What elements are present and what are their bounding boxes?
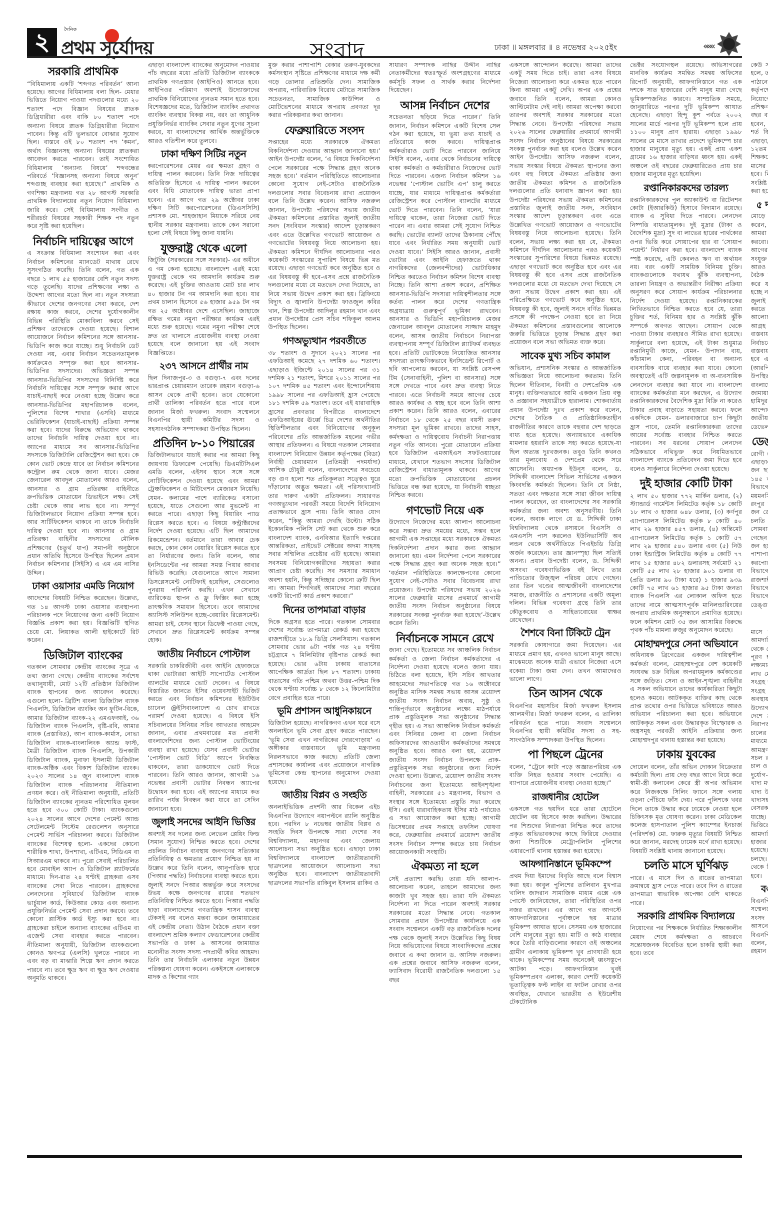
article-text: রপ্তানিকারকদের পুল অ্যাকাউন্ট বা রিটেনশন… bbox=[630, 197, 742, 473]
article-body: ডিজিটালভাবে যাচাই করার পর আমরা কিছু জায়… bbox=[148, 452, 260, 645]
article-body: পারে। এ মাসে দিন ও রাতের তাপমাত্রা ক্রমা… bbox=[630, 875, 742, 909]
article-body: একসঙ্গে আন্দোলন করেছে। আমরা তাদের একটু স… bbox=[509, 62, 621, 348]
article-body: সেই প্রত্যাশা করছি। তারা যদি আলাপ-আলোচনা… bbox=[389, 876, 501, 985]
article-text: পারে। এ মাসে দিন ও রাতের তাপমাত্রা ক্রমা… bbox=[630, 875, 742, 907]
article-body: সাধারণ সম্পাদক নাছির উদ্দীন নাছির নেতাকর… bbox=[389, 62, 501, 96]
article-text: করপোরেশনের মেয়র এর ক্ষমতা গ্রহণ ও দায়ি… bbox=[148, 163, 260, 237]
article-body: ডিজিটাল হয়েছে। নাগরিকগণ এখন ঘরে বসে অনল… bbox=[268, 720, 380, 787]
article-text: সাধারণ সম্পাদক নাছির উদ্দীন নাছির নেতাকর… bbox=[389, 62, 501, 94]
article: জুলাই সনদের আইনি ভিত্তিরঅবশ্যই সব দলের জ… bbox=[148, 818, 260, 982]
article-text: এছাড়া বাংলাদেশ ব্যাংকের অনুমোদন পাওয়ার… bbox=[148, 62, 260, 145]
article-headline[interactable]: আফগানিস্তানে ভূমিকম্পে bbox=[509, 860, 621, 870]
article: ভেক্টর সংযোগস্থল রয়েছে। অভিসাগরের মানবি… bbox=[630, 62, 742, 180]
article-body: ২ লাখ ৫০ হাজার ৭৭২ মার্কিন ডলার, (২) স্ট… bbox=[630, 493, 742, 636]
article-text: ৩৮ শতাংশ ও সুদানে ২০২১ সালের পর এফডিআই ক… bbox=[268, 350, 380, 601]
column-6: ভেক্টর সংযোগস্থল রয়েছে। অভিসাগরের মানবি… bbox=[630, 62, 742, 960]
article-body: এছাড়া বাংলাদেশ ব্যাংকের অনুমোদন পাওয়ার… bbox=[148, 62, 260, 146]
article-headline[interactable]: ডেঙ্গুতে একদিনে আরও bbox=[751, 436, 768, 448]
article-body: বিএনপির মহাসচিব মির্জা ফখরুল ইসলাম আলমগী… bbox=[509, 703, 621, 745]
article: নির্বাচনকে সামনে রেখেজানা গেছে। ইতোমধ্যে… bbox=[389, 633, 501, 858]
article-text: এ সংক্রান্ত বিধিমালা সংশোধন করা এবং নির্… bbox=[27, 250, 139, 576]
article-body: মুক্ত করার পাশাপাশি বেকার তরুণ-যুবকদের ক… bbox=[268, 62, 380, 121]
article-headline[interactable]: দেশে দ্রুত কমছে bbox=[751, 614, 768, 626]
article-body: সরকারি কোষাগারে জমা দিয়েছেন। এর মাধ্যমে… bbox=[509, 642, 621, 684]
article-text: ডিজিটালভাবে যাচাই করার পর আমরা কিছু জায়… bbox=[148, 452, 260, 644]
article: ঢাকা ওয়াসার এমডি নিয়োগআদেশের বিষয়টি ন… bbox=[27, 582, 139, 645]
article-headline[interactable]: পা পিছলে ট্রেনের bbox=[509, 749, 621, 761]
article-headline[interactable]: নির্বাচনকে সামনে রেখে bbox=[389, 633, 501, 645]
article: ডিজিটাল ব্যাংকেরগতকাল সোমবার কেন্দ্রীয় … bbox=[27, 650, 139, 984]
article: এছাড়া বাংলাদেশ ব্যাংকের অনুমোদন পাওয়ার… bbox=[148, 62, 260, 146]
article-text: একসঙ্গে আন্দোলন করেছে। আমরা তাদের একটু স… bbox=[509, 62, 621, 346]
article: গণভোট নিয়ে একউদ্যোগে নিজেদের মধ্যে আলাপ… bbox=[389, 505, 501, 629]
article-text: সপ্তাহের মধ্যে সরকারকে ঐকমত্য বিকনির্দেশ… bbox=[268, 139, 380, 331]
article-text: সচেতনতা ছড়িয়ে দিতে পারেন।’ তিনি জানান,… bbox=[389, 114, 501, 499]
article-body: রোগী (৯৮৪ জন) হাসপাতালে ভর্তি হয়েছে। এছ… bbox=[751, 451, 768, 611]
article-headline[interactable]: আসন্ন নির্বাচন দেশের bbox=[389, 100, 501, 112]
article-headline[interactable]: ডিজিটাল ব্যাংকের bbox=[27, 650, 139, 662]
article-text: রোগী (৯৮৪ জন) হাসপাতালে ভর্তি হয়েছে। এছ… bbox=[751, 451, 768, 609]
article: সাধারণ সম্পাদক নাছির উদ্দীন নাছির নেতাকর… bbox=[389, 62, 501, 96]
article: ৫ দাবিতে প্রধান উপদেষ্টাকেমোড়ে একত্রিত … bbox=[751, 201, 768, 433]
article-headline[interactable]: ঢাকা দক্ষিণ সিটির নতুন bbox=[148, 150, 260, 160]
article: দেশে দ্রুত কমছেমাসে আরো ১২ লাখ মেট্রিক ট… bbox=[751, 614, 768, 881]
column-3: মুক্ত করার পাশাপাশি বেকার তরুণ-যুবকদের ক… bbox=[268, 62, 380, 889]
article-text: বলেন, “ট্রেনে কাটা পড়ে অজ্ঞাতপরিচয় এক … bbox=[509, 764, 621, 788]
article-headline[interactable]: যুক্তরাষ্ট্র থেকে এলো bbox=[148, 243, 260, 255]
article-headline[interactable]: গণঅভ্যুত্থান পরবর্তীতে bbox=[268, 337, 380, 347]
article: দুই হাজার কোটি টাকা২ লাখ ৫০ হাজার ৭৭২ মা… bbox=[630, 478, 742, 635]
article: তিন আসন থেকেবিএনপির মহাসচিব মির্জা ফখরুল… bbox=[509, 688, 621, 745]
article-text: জানা গেছে। ইতোমধ্যে সব আঞ্চলিক নির্বাচন … bbox=[389, 647, 501, 856]
column-1: সরকারি প্রাথমিক“বিধিমালায় একটি ‘শব্দগত … bbox=[27, 62, 139, 985]
article-text: মুক্ত করার পাশাপাশি বেকার তরুণ-যুবকদের ক… bbox=[268, 62, 380, 119]
article-text: অভিযান, প্রশাসনিক সংস্কার ও আন্তর্জাতিক … bbox=[509, 365, 621, 624]
article-body: দোয়েল বলেন, তাঁর অভিন দোকান বিক্রেতার ক… bbox=[630, 764, 742, 856]
article-text: অবশ্যই সব দলের জন্য লেভেল প্লেয়িং ফিল্ড… bbox=[148, 831, 260, 981]
article-body: এ সংক্রান্ত বিধিমালা সংশোধন করা এবং নির্… bbox=[27, 250, 139, 578]
article-text: “বিধিমালায় একটি ‘শব্দগত পরিবর্তন’ আনা হ… bbox=[27, 81, 139, 231]
article-body: অবশ্যই সব দলের জন্য লেভেল প্লেয়িং ফিল্ড… bbox=[148, 831, 260, 982]
article-text: আদেশের বিষয়টি নিশ্চিত করেছেন। উল্লেখ্য,… bbox=[27, 595, 139, 644]
article-headline[interactable]: শৈশবে বিনা টিকিটে ট্রেন bbox=[509, 629, 621, 639]
article: রাজধানীর হোটেলএকসঙ্গে গত ছয়দিন ধরে তারা… bbox=[509, 793, 621, 856]
article-text: গতকাল সোমবার কেন্দ্রীয় ব্যাংকের সূত্রে … bbox=[27, 664, 139, 982]
article-headline[interactable]: ঢাকা ওয়াসার এমডি নিয়োগ bbox=[27, 582, 139, 592]
article-body: মাসে আরো ১২ লাখ মেট্রিক টন খাদ্য আমদানি … bbox=[751, 629, 768, 881]
article-headline[interactable]: ২৩৭ আসনে প্রার্থীর নাম bbox=[148, 362, 260, 372]
article-headline[interactable]: দিনের তাপমাত্রা বাড়ার bbox=[268, 606, 380, 616]
article-text: প্রথম দিয়া ইমাদের বিবৃতি আছে বলে বিশ্বা… bbox=[509, 873, 621, 1006]
article-text: মোড়ে একত্রিত হবো।” তিনি আরও যোগ করেন, “… bbox=[751, 213, 768, 430]
article-text: ডিজিটাল হয়েছে। নাগরিকগণ এখন ঘরে বসে অনল… bbox=[268, 720, 380, 786]
article: একসঙ্গে আন্দোলন করেছে। আমরা তাদের একটু স… bbox=[509, 62, 621, 348]
article-headline[interactable]: রপ্তানিকারকদের তারল্য bbox=[630, 184, 742, 194]
article-text: মাসে আরো ১২ লাখ মেট্রিক টন খাদ্য আমদানি … bbox=[751, 629, 768, 880]
article-text: বিএনপি চেয়ারপারসনের কার্যালয়ে এক সংবাদ… bbox=[751, 898, 768, 955]
article-headline[interactable]: জাতীয় বিপ্লব ও সংহতি bbox=[268, 791, 380, 801]
article-body: জিটুজি (সরকারের সঙ্গে সরকার)- এর অধীনে এ… bbox=[148, 257, 260, 358]
article: ঢাকায় যুবকেরদোয়েল বলেন, তাঁর অভিন দোকা… bbox=[630, 749, 742, 856]
article-body: করপোরেশনের মেয়র এর ক্ষমতা গ্রহণ ও দায়ি… bbox=[148, 163, 260, 239]
article: ফেব্রুয়ারিতে সংসদসপ্তাহের মধ্যে সরকারকে… bbox=[268, 125, 380, 333]
article: সাবেক মুখ্য সচিব কামালঅভিযান, প্রশাসনিক … bbox=[509, 352, 621, 626]
article: ডেঙ্গুতে একদিনে আরওরোগী (৯৮৪ জন) হাসপাতা… bbox=[751, 436, 768, 610]
article: পা পিছলে ট্রেনেরবলেন, “ট্রেনে কাটা পড়ে … bbox=[509, 749, 621, 789]
chevrons-icon: ««« bbox=[703, 42, 714, 52]
article-text: অধিনায়ক ব্রিগেডের একজন দায়িত্বশীল কর্ম… bbox=[630, 652, 742, 743]
sun-emblem-icon bbox=[717, 32, 741, 56]
article: নির্বাচনি দায়িত্বের আগেএ সংক্রান্ত বিধি… bbox=[27, 236, 139, 578]
article-headline[interactable]: দুই হাজার কোটি টাকা bbox=[630, 478, 742, 490]
article: প্রতিদিন ৮-১০ পিয়ারেরডিজিটালভাবে যাচাই … bbox=[148, 438, 260, 646]
article-headline[interactable]: ৫ দাবিতে প্রধান উপদেষ্টাকে bbox=[751, 201, 768, 211]
article-headline[interactable]: বগুড়া-৬ আসনে লড়বেন bbox=[751, 885, 768, 895]
article-body: একসঙ্গে গত ছয়দিন ধরে তারা হোটেলে হোটেল … bbox=[509, 806, 621, 856]
article-body: সরকারি চাকরিজীবী এবং আইনি হেফাজতে থাকা ভ… bbox=[148, 663, 260, 814]
article-body: কেউ সন্তোষজনক পারফরম্যান্স দেখাতে ব্যর্থ… bbox=[751, 62, 768, 197]
column-4: সাধারণ সম্পাদক নাছির উদ্দীন নাছির নেতাকর… bbox=[389, 62, 501, 986]
article: সরকারি প্রাথমিক বিদ্যালয়েনিয়োগের পর শি… bbox=[630, 912, 742, 959]
article: শৈশবে বিনা টিকিটে ট্রেনসরকারি কোষাগারে জ… bbox=[509, 629, 621, 684]
article-text: একসঙ্গে গত ছয়দিন ধরে তারা হোটেলে হোটেল … bbox=[509, 806, 621, 855]
article-headline[interactable]: নির্বাচনি দায়িত্বের আগে bbox=[27, 236, 139, 248]
article-body: মোড়ে একত্রিত হবো।” তিনি আরও যোগ করেন, “… bbox=[751, 213, 768, 432]
article: মোহাম্মদপুরে সেনা অভিযানেঅধিনায়ক ব্রিগে… bbox=[630, 640, 742, 745]
article: রপ্তানিকারকদের তারল্যরপ্তানিকারকদের পুল … bbox=[630, 184, 742, 474]
article-body: ৩৮ শতাংশ ও সুদানে ২০২১ সালের পর এফডিআই ক… bbox=[268, 350, 380, 602]
article-text: অনলাইভিত্তিক প্রদর্শনী আর বিকেল এইচ বিএন… bbox=[268, 804, 380, 887]
article-headline[interactable]: গণভোট নিয়ে এক bbox=[389, 505, 501, 517]
article-text: বিএনপির মহাসচিব মির্জা ফখরুল ইসলাম আলমগী… bbox=[509, 703, 621, 744]
article-body: ভেক্টর সংযোগস্থল রয়েছে। অভিসাগরের মানবি… bbox=[630, 62, 742, 180]
masthead: ২ দৈনিক প্রথম সূর্যোদয় সংবাদ ঢাকা ॥ মঙ্… bbox=[27, 26, 742, 58]
article: দিনের তাপমাত্রা বাড়ারদিকে অগ্রসর হতে পা… bbox=[268, 606, 380, 703]
article-body: জানা গেছে। ইতোমধ্যে সব আঞ্চলিক নির্বাচন … bbox=[389, 647, 501, 857]
article-headline[interactable]: ঢাকায় যুবকের bbox=[630, 749, 742, 761]
article-body: বিএনপি চেয়ারপারসনের কার্যালয়ে এক সংবাদ… bbox=[751, 898, 768, 957]
article-body: অধিনায়ক ব্রিগেডের একজন দায়িত্বশীল কর্ম… bbox=[630, 652, 742, 744]
article: আফগানিস্তানে ভূমিকম্পেপ্রথম দিয়া ইমাদের… bbox=[509, 860, 621, 1007]
article-headline[interactable]: জুলাই সনদের আইনি ভিত্তির bbox=[148, 818, 260, 828]
article-body: ছিল দিনাজপুর-৩ ও বগুড়া-৭ এবং দলের ভারপ্… bbox=[148, 375, 260, 434]
article: ভূমি প্রশাসন আধুনিকায়নেডিজিটাল হয়েছে। … bbox=[268, 707, 380, 787]
article-headline[interactable]: জাতীয় নির্বাচনে পোস্টাল bbox=[148, 650, 260, 660]
article-body: সপ্তাহের মধ্যে সরকারকে ঐকমত্য বিকনির্দেশ… bbox=[268, 139, 380, 332]
article-body: আদেশের বিষয়টি নিশ্চিত করেছেন। উল্লেখ্য,… bbox=[27, 595, 139, 645]
article-headline[interactable]: সাবেক মুখ্য সচিব কামাল bbox=[509, 352, 621, 362]
article-text: ছিল দিনাজপুর-৩ ও বগুড়া-৭ এবং দলের ভারপ্… bbox=[148, 375, 260, 432]
news-columns: সরকারি প্রাথমিক“বিধিমালায় একটি ‘শব্দগত … bbox=[27, 62, 742, 1162]
article: চলতি মাসে ঘূর্ণিঝড়পারে। এ মাসে দিন ও রা… bbox=[630, 860, 742, 908]
article-text: উদ্যোগে নিজেদের মধ্যে আলাপ আলোচনা করে সম… bbox=[389, 519, 501, 627]
article-text: সেই প্রত্যাশা করছি। তারা যদি আলাপ-আলোচনা… bbox=[389, 876, 501, 984]
article-body: নিয়োগের পর শিক্ষককে নির্ধারিত শিক্ষাকাল… bbox=[630, 925, 742, 959]
article-text: দোয়েল বলেন, তাঁর অভিন দোকান বিক্রেতার ক… bbox=[630, 764, 742, 855]
dateline: ঢাকা ॥ মঙ্গলবার ॥ ৪ নভেম্বর ২০২৫ইং bbox=[327, 42, 617, 55]
article-headline[interactable]: ভূমি প্রশাসন আধুনিকায়নে bbox=[268, 707, 380, 717]
article-body: অভিযান, প্রশাসনিক সংস্কার ও আন্তর্জাতিক … bbox=[509, 365, 621, 626]
article: ঐকমত্য না হলেসেই প্রত্যাশা করছি। তারা যদ… bbox=[389, 861, 501, 985]
article-body: প্রথম দিয়া ইমাদের বিবৃতি আছে বলে বিশ্বা… bbox=[509, 873, 621, 1008]
article-text: সরকারি কোষাগারে জমা দিয়েছেন। এর মাধ্যমে… bbox=[509, 642, 621, 683]
article: গণঅভ্যুত্থান পরবর্তীতে৩৮ শতাংশ ও সুদানে … bbox=[268, 337, 380, 602]
article: যুক্তরাষ্ট্র থেকে এলোজিটুজি (সরকারের সঙ্… bbox=[148, 243, 260, 358]
article: আসন্ন নির্বাচন দেশেরসচেতনতা ছড়িয়ে দিতে… bbox=[389, 100, 501, 501]
column-5: একসঙ্গে আন্দোলন করেছে। আমরা তাদের একটু স… bbox=[509, 62, 621, 1009]
footer-rule bbox=[27, 1155, 742, 1158]
article-text: সরকারি চাকরিজীবী এবং আইনি হেফাজতে থাকা ভ… bbox=[148, 663, 260, 813]
article-body: সচেতনতা ছড়িয়ে দিতে পারেন।’ তিনি জানান,… bbox=[389, 114, 501, 501]
article: কেউ সন্তোষজনক পারফরম্যান্স দেখাতে ব্যর্থ… bbox=[751, 62, 768, 197]
article-body: বলেন, “ট্রেনে কাটা পড়ে অজ্ঞাতপরিচয় এক … bbox=[509, 764, 621, 789]
article-text: দিকে অগ্রসর হতে পারে। গতকাল সোমবার দেশের… bbox=[268, 619, 380, 702]
article-headline[interactable]: চলতি মাসে ঘূর্ণিঝড় bbox=[630, 860, 742, 872]
article-headline[interactable]: রাজধানীর হোটেল bbox=[509, 793, 621, 803]
article-headline[interactable]: সরকারি প্রাথমিক বিদ্যালয়ে bbox=[630, 912, 742, 922]
article: বগুড়া-৬ আসনে লড়বেনবিএনপি চেয়ারপারসনের… bbox=[751, 885, 768, 957]
article: মুক্ত করার পাশাপাশি বেকার তরুণ-যুবকদের ক… bbox=[268, 62, 380, 121]
article-body: অনলাইভিত্তিক প্রদর্শনী আর বিকেল এইচ বিএন… bbox=[268, 804, 380, 888]
article-headline[interactable]: প্রতিদিন ৮-১০ পিয়ারের bbox=[148, 438, 260, 450]
article-text: ভেক্টর সংযোগস্থল রয়েছে। অভিসাগরের মানবি… bbox=[630, 62, 742, 178]
article-text: নিয়োগের পর শিক্ষককে নির্ধারিত শিক্ষাকাল… bbox=[630, 925, 742, 957]
article-body: দিকে অগ্রসর হতে পারে। গতকাল সোমবার দেশের… bbox=[268, 619, 380, 703]
page-number: ২ bbox=[27, 28, 57, 56]
article: ২৩৭ আসনে প্রার্থীর নামছিল দিনাজপুর-৩ ও ব… bbox=[148, 362, 260, 434]
article-headline[interactable]: ঐকমত্য না হলে bbox=[389, 861, 501, 873]
article-headline[interactable]: তিন আসন থেকে bbox=[509, 688, 621, 700]
article-headline[interactable]: মোহাম্মদপুরে সেনা অভিযানে bbox=[630, 640, 742, 650]
article-body: “বিধিমালায় একটি ‘শব্দগত পরিবর্তন’ আনা হ… bbox=[27, 81, 139, 232]
newspaper-name: প্রথম সূর্যোদয় bbox=[61, 34, 153, 65]
article: ঢাকা দক্ষিণ সিটির নতুনকরপোরেশনের মেয়র এ… bbox=[148, 150, 260, 239]
article-body: রপ্তানিকারকদের পুল অ্যাকাউন্ট বা রিটেনশন… bbox=[630, 197, 742, 474]
column-2: এছাড়া বাংলাদেশ ব্যাংকের অনুমোদন পাওয়ার… bbox=[148, 62, 260, 983]
column-7: কেউ সন্তোষজনক পারফরম্যান্স দেখাতে ব্যর্থ… bbox=[751, 62, 768, 958]
article-body: গতকাল সোমবার কেন্দ্রীয় ব্যাংকের সূত্রে … bbox=[27, 664, 139, 983]
article-headline[interactable]: সরকারি প্রাথমিক bbox=[27, 66, 139, 78]
article: সরকারি প্রাথমিক“বিধিমালায় একটি ‘শব্দগত … bbox=[27, 66, 139, 232]
article: জাতীয় নির্বাচনে পোস্টালসরকারি চাকরিজীবী… bbox=[148, 650, 260, 814]
article-headline[interactable]: ফেব্রুয়ারিতে সংসদ bbox=[268, 125, 380, 137]
article-body: উদ্যোগে নিজেদের মধ্যে আলাপ আলোচনা করে সম… bbox=[389, 519, 501, 628]
article-text: ২ লাখ ৫০ হাজার ৭৭২ মার্কিন ডলার, (২) স্ট… bbox=[630, 493, 742, 635]
article: জাতীয় বিপ্লব ও সংহতিঅনলাইভিত্তিক প্রদর্… bbox=[268, 791, 380, 888]
article-text: জিটুজি (সরকারের সঙ্গে সরকার)- এর অধীনে এ… bbox=[148, 257, 260, 356]
article-text: কেউ সন্তোষজনক পারফরম্যান্স দেখাতে ব্যর্থ… bbox=[751, 62, 768, 195]
